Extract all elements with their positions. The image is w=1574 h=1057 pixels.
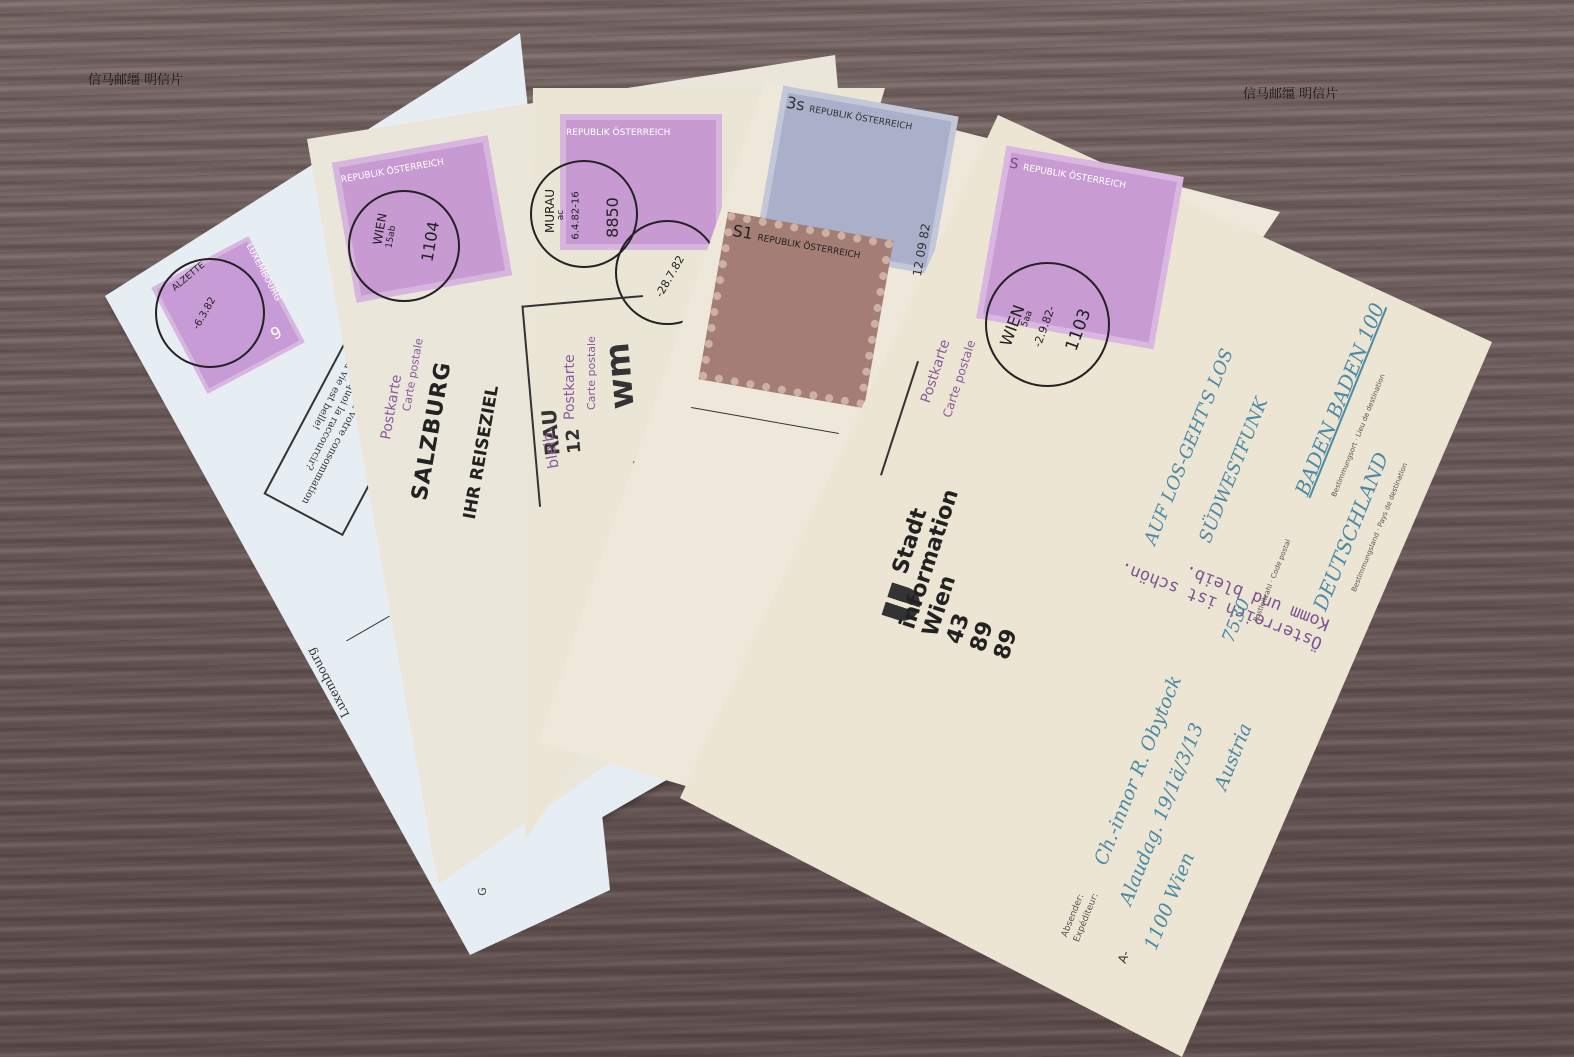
- stamp-country: REPUBLIK ÖSTERREICH: [756, 233, 861, 261]
- postmark-code: 1104: [417, 220, 443, 263]
- postmark-code: 1103: [1062, 306, 1096, 353]
- stamp-value: 9: [267, 322, 285, 344]
- stamp-brown-s1: S1 REPUBLIK ÖSTERREICH: [699, 212, 894, 409]
- corner-mark: G: [476, 887, 489, 896]
- stamp-country: REPUBLIK ÖSTERREICH: [808, 105, 913, 133]
- stamp-value: 3s: [785, 93, 807, 115]
- stamp-country: REPUBLIK ÖSTERREICH: [566, 128, 670, 138]
- slogan-logo: wm: [597, 341, 643, 411]
- postmark-date: -28.7.82: [653, 253, 687, 299]
- postmark-salzburg: WIEN 15ab 1104: [348, 190, 460, 302]
- postmark-code: 8850: [603, 197, 622, 238]
- postmark-sub: ac: [556, 210, 566, 220]
- stamp-country: REPUBLIK ÖSTERREICH: [1022, 163, 1127, 191]
- postmark-luxembourg: ALZETTE -6.3.82: [155, 258, 265, 368]
- watermark-right: 信马邮缰 明信片: [1243, 83, 1338, 102]
- postmark-front: WIEN 5aa -2.9.82- 1103: [985, 262, 1110, 387]
- postmark-date: 6.4.82-16: [571, 191, 582, 239]
- postmark-town: MURAU: [543, 189, 557, 233]
- slogan-line: 12: [562, 428, 585, 455]
- watermark-left: 信马邮缰 明信片: [88, 69, 183, 88]
- stamp-country: REPUBLIK ÖSTERREICH: [340, 157, 445, 185]
- postmark-date: -2.9.82-: [1031, 304, 1058, 349]
- stamp-value: S: [1008, 156, 1020, 173]
- postmark-date: -6.3.82: [191, 295, 218, 331]
- stamp-value: S1: [731, 221, 754, 243]
